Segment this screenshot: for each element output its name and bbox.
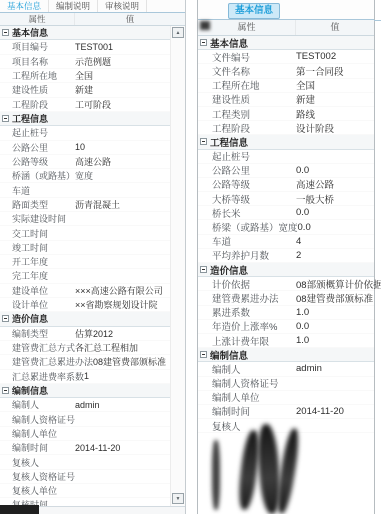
row-label: 项目编号 (12, 40, 75, 53)
row-label: 桥梁（或路基）宽度 (212, 220, 298, 234)
left-tab-bar: 基本信息 编制说明 审核说明 (0, 0, 185, 13)
app-screen: 基本信息 编制说明 审核说明 属性 值 基本信息项目编号TEST001项目名称示… (0, 0, 381, 514)
row-label: 工程阶段 (212, 121, 296, 135)
row-label: 复核人 (12, 456, 75, 469)
row-label: 起止桩号 (212, 149, 296, 163)
property-row[interactable]: 桥梁（或路基）宽度0.0 (198, 220, 374, 234)
collapse-minus-icon[interactable] (2, 387, 9, 394)
collapse-minus-icon[interactable] (2, 315, 9, 322)
value-column-header: 值 (75, 13, 185, 25)
property-row[interactable]: 建管费汇总方式各汇总工程相加 (0, 341, 170, 355)
group-title: 工程信息 (210, 135, 248, 149)
tab-bar-border-extension (374, 20, 381, 21)
row-value[interactable]: 08建管费部颁标准 (93, 355, 166, 368)
property-row[interactable]: 开工年度 (0, 255, 170, 269)
row-label: 公路等级 (12, 155, 75, 168)
row-label: 项目名称 (12, 55, 75, 68)
property-row[interactable]: 编制人admin (0, 398, 170, 412)
row-label: 建设性质 (212, 92, 296, 106)
row-label: 开工年度 (12, 255, 75, 268)
row-value[interactable]: 设计阶段 (296, 121, 334, 135)
row-value[interactable]: 2 (296, 250, 301, 261)
tab-review-notes[interactable]: 审核说明 (98, 0, 147, 12)
row-label: 公路公里 (212, 163, 296, 177)
property-row[interactable]: 编制类型估算2012 (0, 327, 170, 341)
property-row[interactable]: 复核人 (198, 419, 374, 433)
row-value[interactable]: 沥青混凝土 (75, 198, 120, 211)
watermark-smudge (235, 424, 307, 514)
right-property-grid: 基本信息文件编号TEST002文件名称第一合同段工程所在地全国建设性质新建工程类… (198, 36, 374, 433)
left-grid-header: 属性 值 (0, 13, 185, 26)
property-row[interactable]: 编制时间2014-11-20 (198, 405, 374, 419)
property-row[interactable]: 设计单位××省勘察规划设计院 (0, 298, 170, 312)
property-row[interactable]: 实际建设时间 (0, 212, 170, 226)
group-title: 工程信息 (12, 112, 48, 125)
property-row[interactable]: 桥长米0.0 (198, 206, 374, 220)
row-value[interactable]: TEST002 (296, 51, 336, 62)
property-row[interactable]: 项目名称示范例题 (0, 55, 170, 69)
row-label: 车道 (12, 184, 75, 197)
tab-basic-info[interactable]: 基本信息 (0, 0, 49, 12)
property-row[interactable]: 工程类别路线 (198, 107, 374, 121)
row-label: 工程类别 (212, 107, 296, 121)
row-label: 交工时间 (12, 227, 75, 240)
row-label: 编制人 (212, 362, 296, 376)
property-row[interactable]: 复核人 (0, 455, 170, 469)
group-header[interactable]: 基本信息 (198, 36, 374, 50)
group-header[interactable]: 编制信息 (0, 384, 170, 398)
property-row[interactable]: 编制人单位 (0, 427, 170, 441)
row-label: 复核人单位 (12, 484, 75, 497)
row-label: 车道 (212, 234, 296, 248)
row-value[interactable]: 08建管费部颁标准 (296, 291, 373, 305)
row-value[interactable]: 高速公路 (296, 177, 334, 191)
row-value[interactable]: 第一合同段 (296, 64, 344, 78)
row-label: 工程阶段 (12, 98, 75, 111)
property-row[interactable]: 工程阶段工可阶段 (0, 98, 170, 112)
scroll-down-icon[interactable]: ▼ (172, 493, 184, 504)
collapse-minus-icon[interactable] (2, 29, 9, 36)
row-label: 编制人单位 (212, 390, 296, 404)
tab-compilation-notes[interactable]: 编制说明 (49, 0, 98, 12)
watermark-streak (212, 440, 220, 510)
row-label: 文件名称 (212, 64, 296, 78)
row-label: 路面类型 (12, 198, 75, 211)
property-row[interactable]: 公路公里0.0 (198, 164, 374, 178)
row-label: 计价依据 (212, 277, 296, 291)
group-header[interactable]: 工程信息 (198, 135, 374, 149)
row-label: 工程所在地 (12, 69, 75, 82)
watermark-streak (274, 427, 301, 514)
row-label: 建设单位 (12, 284, 75, 297)
group-title: 基本信息 (12, 26, 48, 39)
property-row[interactable]: 计价依据08部颁概算计价依据 (198, 277, 374, 291)
row-value[interactable]: 新建 (75, 83, 93, 96)
row-label: 汇总累进费率系数 (12, 370, 84, 383)
row-label: 编制人 (12, 398, 75, 411)
row-value[interactable]: 2014-11-20 (296, 406, 344, 417)
property-row[interactable]: 编制人单位 (198, 391, 374, 405)
property-row[interactable]: 累进系数1.0 (198, 306, 374, 320)
row-label: 上涨计费年限 (212, 334, 296, 348)
row-label: 复核人 (212, 419, 296, 433)
row-value[interactable]: 1.0 (296, 307, 309, 318)
row-label: 桥涵（或路基）宽度 (12, 169, 93, 182)
property-row[interactable]: 年造价上涨率%0.0 (198, 320, 374, 334)
row-label: 文件编号 (212, 50, 296, 64)
property-row[interactable]: 工程所在地全国 (198, 79, 374, 93)
scroll-up-icon[interactable]: ▲ (172, 27, 184, 38)
row-value[interactable]: 1.0 (296, 335, 309, 346)
row-label: 设计单位 (12, 298, 75, 311)
row-label: 桥长米 (212, 206, 296, 220)
row-label: 编制人资格证号 (212, 376, 296, 390)
group-title: 造价信息 (210, 263, 248, 277)
row-label: 编制类型 (12, 327, 75, 340)
row-label: 编制人资格证号 (12, 413, 75, 426)
group-header[interactable]: 造价信息 (198, 263, 374, 277)
property-row[interactable]: 公路公里10 (0, 141, 170, 155)
row-label: 公路等级 (212, 177, 296, 191)
property-row[interactable]: 编制人资格证号 (0, 412, 170, 426)
right-tab-bar: 基本信息 (198, 0, 374, 20)
row-value[interactable]: 0.0 (296, 165, 309, 176)
left-scrollbar[interactable]: ▲ ▼ (170, 26, 185, 514)
row-value[interactable]: 示范例题 (75, 55, 111, 68)
row-label: 复核人资格证号 (12, 470, 75, 483)
property-row[interactable]: 平均养护月数2 (198, 249, 374, 263)
property-row[interactable]: 车道 (0, 183, 170, 197)
tab-basic-info-right[interactable]: 基本信息 (228, 3, 280, 19)
property-row[interactable]: 桥涵（或路基）宽度 (0, 169, 170, 183)
watermark-streak (236, 429, 262, 510)
row-value[interactable]: ××省勘察规划设计院 (75, 298, 158, 311)
row-label: 实际建设时间 (12, 212, 75, 225)
group-header[interactable]: 编制信息 (198, 348, 374, 362)
property-row[interactable]: 文件名称第一合同段 (198, 64, 374, 78)
row-label: 完工年度 (12, 269, 75, 282)
property-row[interactable]: 公路等级高速公路 (0, 155, 170, 169)
collapse-minus-icon[interactable] (200, 39, 207, 46)
collapse-minus-icon[interactable] (200, 138, 207, 145)
row-value[interactable]: 4 (296, 236, 301, 247)
row-value[interactable]: 全国 (296, 78, 315, 92)
property-row[interactable]: 路面类型沥青混凝土 (0, 198, 170, 212)
row-label: 建管费累进办法 (212, 291, 296, 305)
watermark-streak (256, 423, 282, 514)
row-value[interactable]: admin (296, 363, 322, 374)
property-row[interactable]: 起止桩号 (198, 150, 374, 164)
property-row[interactable]: 上涨计费年限1.0 (198, 334, 374, 348)
collapse-minus-icon[interactable] (200, 266, 207, 273)
group-title: 编制信息 (210, 348, 248, 362)
collapse-minus-icon[interactable] (200, 351, 207, 358)
group-title: 造价信息 (12, 312, 48, 325)
property-row[interactable]: 建设单位×××高速公路有限公司 (0, 284, 170, 298)
row-value[interactable]: 0.0 (296, 207, 309, 218)
group-header[interactable]: 工程信息 (0, 112, 170, 126)
row-value[interactable]: ×××高速公路有限公司 (75, 284, 163, 297)
group-title: 基本信息 (210, 36, 248, 50)
property-row[interactable]: 竣工时间 (0, 241, 170, 255)
left-property-grid: 基本信息项目编号TEST001项目名称示范例题工程所在地全国建设性质新建工程阶段… (0, 26, 170, 513)
property-row[interactable]: 汇总累进费率系数1 (0, 370, 170, 384)
property-row[interactable]: 建管费累进办法08建管费部颁标准 (198, 291, 374, 305)
row-label: 工程所在地 (212, 78, 296, 92)
row-value[interactable]: 估算2012 (75, 327, 113, 340)
row-value[interactable]: 1 (84, 371, 89, 381)
row-value[interactable]: 高速公路 (75, 155, 111, 168)
screenshot-corner-artifact (0, 505, 39, 514)
left-property-panel: 基本信息 编制说明 审核说明 属性 值 基本信息项目编号TEST001项目名称示… (0, 0, 186, 514)
row-value[interactable]: admin (75, 400, 100, 410)
row-label: 建管费汇总累进办法 (12, 355, 93, 368)
row-label: 编制时间 (12, 441, 75, 454)
property-row[interactable]: 文件编号TEST002 (198, 50, 374, 64)
row-label: 大桥等级 (212, 192, 296, 206)
property-row[interactable]: 工程所在地全国 (0, 69, 170, 83)
row-value[interactable]: TEST001 (75, 42, 113, 52)
row-value[interactable]: 2014-11-20 (75, 443, 120, 453)
group-header[interactable]: 基本信息 (0, 26, 170, 40)
property-row[interactable]: 复核人单位 (0, 484, 170, 498)
property-row[interactable]: 项目编号TEST001 (0, 40, 170, 54)
property-row[interactable]: 编制人资格证号 (198, 377, 374, 391)
row-label: 起止桩号 (12, 126, 75, 139)
screenshot-smudge-artifact (200, 21, 210, 30)
row-label: 平均养护月数 (212, 248, 296, 262)
row-value[interactable]: 一般大桥 (296, 192, 334, 206)
row-value[interactable]: 10 (75, 142, 85, 152)
row-value[interactable]: 全国 (75, 69, 93, 82)
property-row[interactable]: 工程阶段设计阶段 (198, 121, 374, 135)
row-label: 竣工时间 (12, 241, 75, 254)
property-row[interactable]: 大桥等级一般大桥 (198, 192, 374, 206)
right-property-panel: 基本信息 属性 值 基本信息文件编号TEST002文件名称第一合同段工程所在地全… (197, 0, 375, 514)
row-label: 编制时间 (212, 404, 296, 418)
property-row[interactable]: 交工时间 (0, 226, 170, 240)
row-label: 累进系数 (212, 305, 296, 319)
property-row[interactable]: 编制人admin (198, 362, 374, 376)
right-grid-header: 属性 值 (198, 20, 374, 36)
property-row[interactable]: 起止桩号 (0, 126, 170, 140)
row-label: 建管费汇总方式 (12, 341, 75, 354)
value-column-header: 值 (296, 20, 374, 35)
row-label: 编制人单位 (12, 427, 75, 440)
property-row[interactable]: 车道4 (198, 235, 374, 249)
row-label: 建设性质 (12, 83, 75, 96)
row-label: 年造价上涨率% (212, 319, 296, 333)
row-value[interactable]: 0.0 (296, 321, 309, 332)
row-label: 公路公里 (12, 141, 75, 154)
group-title: 编制信息 (12, 384, 48, 397)
property-row[interactable]: 建设性质新建 (198, 93, 374, 107)
property-row[interactable]: 编制时间2014-11-20 (0, 441, 170, 455)
collapse-minus-icon[interactable] (2, 115, 9, 122)
property-column-header: 属性 (198, 20, 296, 35)
row-value[interactable]: 各汇总工程相加 (75, 341, 138, 354)
row-value[interactable]: 08部颁概算计价依据 (296, 277, 381, 291)
row-value[interactable]: 工可阶段 (75, 98, 111, 111)
group-header[interactable]: 造价信息 (0, 312, 170, 326)
row-value[interactable]: 路线 (296, 107, 315, 121)
property-row[interactable]: 复核人资格证号 (0, 470, 170, 484)
row-value[interactable]: 新建 (296, 92, 315, 106)
row-value[interactable]: 0.0 (298, 222, 311, 233)
property-row[interactable]: 公路等级高速公路 (198, 178, 374, 192)
property-row[interactable]: 建管费汇总累进办法08建管费部颁标准 (0, 355, 170, 369)
property-column-header: 属性 (0, 13, 75, 25)
property-row[interactable]: 建设性质新建 (0, 83, 170, 97)
property-row[interactable]: 完工年度 (0, 269, 170, 283)
